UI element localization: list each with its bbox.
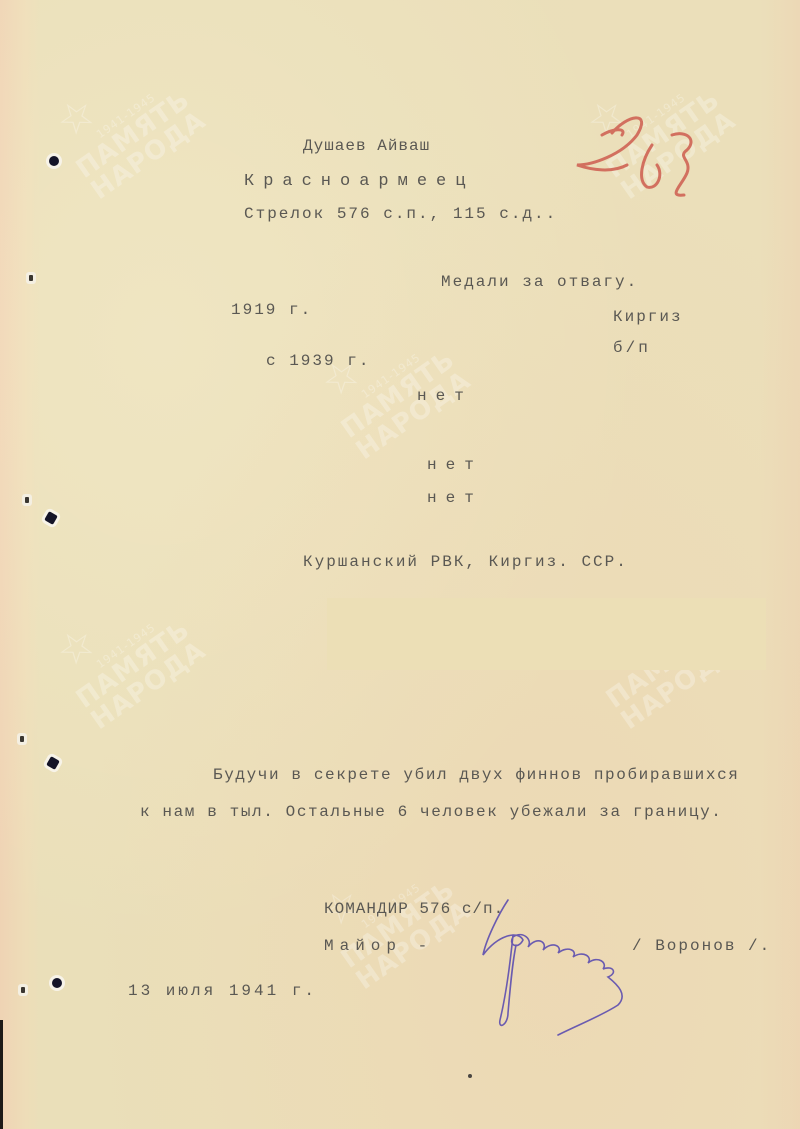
feat-description-line-1: Будучи в секрете убил двух финнов пробир…	[213, 766, 739, 784]
star-icon: ☆	[49, 561, 188, 676]
recipient-rank: Красноармеец	[244, 172, 474, 191]
recipient-name: Душаев Айваш	[303, 137, 430, 155]
punch-hole	[46, 756, 60, 770]
punch-hole	[44, 511, 58, 525]
field-value-3: нет	[427, 489, 483, 507]
star-icon: ☆	[49, 31, 188, 146]
field-value-2: нет	[427, 456, 483, 474]
birth-year: 1919 г.	[231, 301, 312, 319]
star-icon: ☆	[314, 821, 453, 936]
award-name: Медали за отвагу.	[441, 273, 638, 291]
field-value-1: нет	[417, 387, 473, 405]
watermark: ☆ 1941-1945 ПАМЯТЬ НАРОДА	[306, 291, 515, 500]
redacted-area	[327, 598, 766, 670]
paper-nick	[29, 275, 33, 281]
nationality: Киргиз	[613, 308, 683, 326]
watermark: ☆ 1941-1945 ПАМЯТЬ НАРОДА	[41, 561, 250, 770]
conscription-office: Куршанский РВК, Киргиз. ССР.	[303, 553, 628, 571]
commander-rank: Майор -	[324, 937, 433, 955]
page-edge	[0, 1020, 3, 1129]
ink-dot	[468, 1074, 472, 1078]
party-membership: б/п	[613, 339, 651, 357]
punch-hole	[49, 156, 59, 166]
feat-description-line-2: к нам в тыл. Остальные 6 человек убежали…	[140, 803, 722, 821]
paper-nick	[20, 736, 24, 742]
scanned-document-page: ☆ 1941-1945 ПАМЯТЬ НАРОДА ☆ 1941-1945 ПА…	[0, 0, 800, 1129]
commander-signature	[478, 895, 648, 1045]
service-since: с 1939 г.	[266, 352, 370, 370]
paper-nick	[21, 987, 25, 993]
document-date: 13 июля 1941 г.	[128, 982, 317, 1000]
watermark: ☆ 1941-1945 ПАМЯТЬ НАРОДА	[41, 31, 250, 240]
recipient-position: Стрелок 576 с.п., 115 с.д..	[244, 205, 557, 223]
paper-nick	[25, 497, 29, 503]
punch-hole	[52, 978, 62, 988]
archive-number-handwritten: 257	[572, 105, 712, 200]
commander-name: / Воронов /.	[632, 937, 771, 955]
